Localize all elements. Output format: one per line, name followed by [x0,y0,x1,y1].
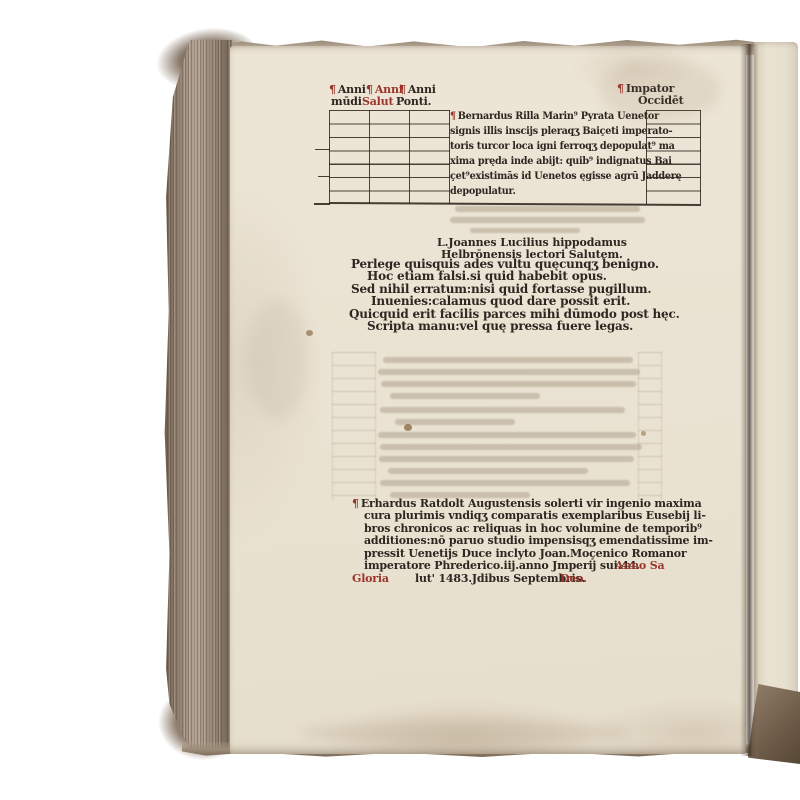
capitulum-icon: ¶ [352,497,359,510]
entry-line: depopulatur. [450,184,681,199]
show-through-line [378,432,636,438]
entry-line: xima pręda inde abijt: quib⁹ indignatus … [450,154,681,169]
foxing-spot [641,431,646,436]
poem-line: Scripta manu:vel quę pressa fuere legas. [367,319,633,333]
stain [248,300,308,420]
colophon-line-6: imperatore Phrederico.iij.anno Jmperij s… [364,559,640,572]
show-through-line [383,357,633,363]
colophon-deo: Deo. [560,572,587,585]
rule-tail [314,203,330,205]
show-through-line [380,444,642,450]
show-through-line [390,393,540,399]
colophon-line-6-rubric: Anno Sa [615,559,664,572]
chronicle-entry: ¶Bernardus Rilla Marin⁹ Pyrata Uenetor s… [450,109,681,199]
capitulum-icon: ¶ [450,110,456,122]
entry-line: çet⁹existimās id Uenetos ęgisse agrū Jad… [450,169,681,184]
show-through-line [380,480,630,486]
colophon-line: additiones:nō paruo studio impensisqʒ em… [364,534,713,547]
show-through-line [379,456,634,462]
gutter-fold [740,44,758,756]
page-stack-fore-edge [164,40,232,754]
rule-tail [318,176,330,177]
colophon-line: bros chronicos ac reliquas in hoc volumi… [364,522,702,535]
show-through-line [450,217,645,223]
header-anni-mundi-line2: mūdi [331,95,362,108]
show-through-line [378,369,640,375]
facing-page-sliver [754,42,798,758]
year-columns-grid-left [329,110,450,204]
rule-tail [315,149,330,150]
show-through-line [388,468,588,474]
show-through-grid [332,352,376,500]
show-through-line [381,381,636,387]
printed-page: ¶Anni mūdi ¶Anni Salut ¶Anni Ponti. ¶Imp… [230,46,746,754]
header-anni-salutis-line2: Salut [362,95,393,108]
entry-line: signis illis inscijs pleraqʒ Baiçeti imp… [450,124,681,139]
show-through-line [380,407,625,413]
stain [300,720,630,746]
book-photograph: ¶Anni mūdi ¶Anni Salut ¶Anni Ponti. ¶Imp… [0,0,800,800]
colophon-line: ¶Erhardus Ratdolt Augustensis solerti vi… [352,497,702,510]
colophon-gloria: Gloria [352,572,389,585]
header-anni-pontificum-line2: Ponti. [396,95,431,108]
entry-line: toris turcor loca igni ferroqʒ depopulat… [450,139,681,154]
show-through-line [455,206,640,212]
show-through-line [470,228,580,233]
show-through-grid [638,352,662,500]
foxing-spot [306,330,313,336]
colophon-line: pressit Uenetijs Duce inclyto Joan.Moçen… [364,547,687,560]
show-through-line [395,419,515,425]
foxing-spot [404,424,412,431]
colophon-line: cura plurimis vndiqʒ comparatis exemplar… [364,509,706,522]
stain [600,60,720,120]
